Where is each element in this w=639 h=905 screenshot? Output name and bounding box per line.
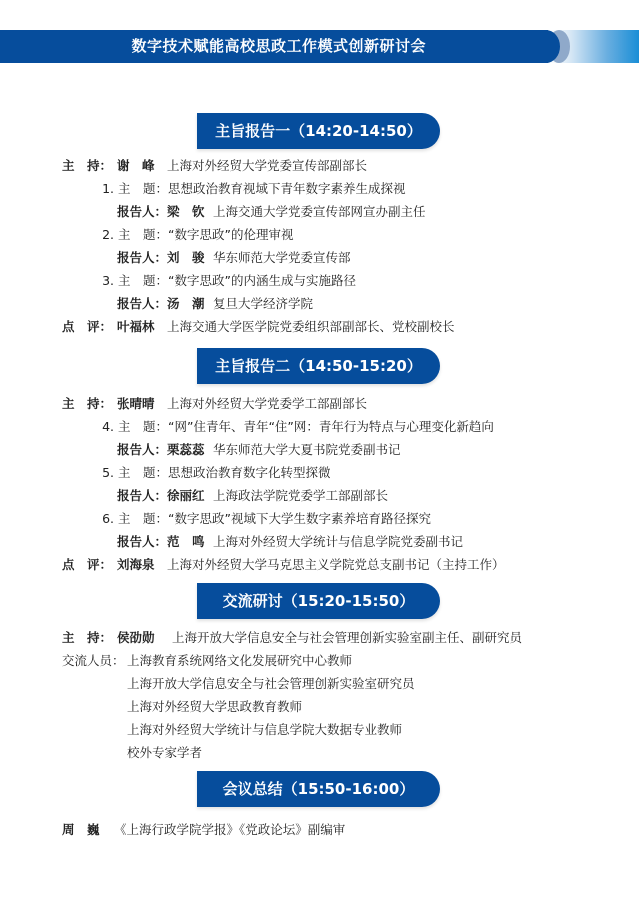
commentator-title: 上海对外经贸大学马克思主义学院党总支副书记（主持工作）: [167, 557, 505, 572]
speaker-name: 范 鸣: [167, 533, 213, 551]
host-label: 主 持：: [62, 629, 117, 647]
summary-speaker-name: 周 巍: [62, 821, 114, 839]
speaker-label: 报告人：: [117, 295, 167, 313]
speaker-label: 报告人：: [117, 441, 167, 459]
summary-speaker-title: 《上海行政学院学报》《党政论坛》副编审: [114, 822, 345, 837]
speaker-name: 梁 钦: [167, 203, 213, 221]
talk-topic: 思想政治教育数字化转型探微: [168, 465, 331, 480]
talk-speaker-row: 报告人：汤 潮复旦大学经济学院: [117, 295, 313, 313]
speaker-label: 报告人：: [117, 249, 167, 267]
talk-speaker-row: 报告人：范 鸣上海对外经贸大学统计与信息学院党委副书记: [117, 533, 463, 551]
summary-row: 周 巍《上海行政学院学报》《党政论坛》副编审: [62, 821, 345, 839]
commentator-label: 点 评：: [62, 318, 117, 336]
topic-label: 主 题：: [118, 226, 168, 244]
talk-topic-row: 2.主 题：“数字思政”的伦理审视: [100, 226, 293, 244]
speaker-affiliation: 复旦大学经济学院: [213, 296, 313, 311]
commentator-row: 点 评：刘海泉上海对外经贸大学马克思主义学院党总支副书记（主持工作）: [62, 556, 505, 574]
talk-number: 3.: [100, 272, 114, 290]
talk-number: 4.: [100, 418, 114, 436]
host-title: 上海开放大学信息安全与社会管理创新实验室副主任、副研究员: [172, 630, 522, 645]
participant-item: 上海开放大学信息安全与社会管理创新实验室研究员: [127, 675, 415, 693]
host-row: 主 持：侯劭勋上海开放大学信息安全与社会管理创新实验室副主任、副研究员: [62, 629, 522, 647]
section-banner-keynote-1: 主旨报告一（14:20-14:50）: [197, 113, 440, 149]
participant-item: 上海对外经贸大学统计与信息学院大数据专业教师: [127, 721, 402, 739]
talk-speaker-row: 报告人：刘 骏华东师范大学党委宣传部: [117, 249, 351, 267]
participant-item: 校外专家学者: [127, 744, 202, 762]
document-title-text: 数字技术赋能高校思政工作模式创新研讨会: [131, 30, 426, 63]
commentator-label: 点 评：: [62, 556, 117, 574]
participant-item: 上海教育系统网络文化发展研究中心教师: [127, 653, 352, 668]
talk-topic-row: 1.主 题：思想政治教育视域下青年数字素养生成探视: [100, 180, 406, 198]
speaker-affiliation: 华东师范大学大夏书院党委副书记: [213, 442, 401, 457]
participants-label: 交流人员：: [62, 652, 127, 670]
speaker-affiliation: 上海对外经贸大学统计与信息学院党委副书记: [213, 534, 463, 549]
talk-speaker-row: 报告人：栗蕊蕊华东师范大学大夏书院党委副书记: [117, 441, 401, 459]
host-row: 主 持：谢 峰上海对外经贸大学党委宣传部副部长: [62, 157, 367, 175]
speaker-name: 徐丽红: [167, 487, 213, 505]
host-label: 主 持：: [62, 395, 117, 413]
host-name: 谢 峰: [117, 157, 167, 175]
participant-item: 上海对外经贸大学思政教育教师: [127, 698, 302, 716]
talk-number: 5.: [100, 464, 114, 482]
talk-speaker-row: 报告人：梁 钦上海交通大学党委宣传部网宣办副主任: [117, 203, 426, 221]
commentator-name: 叶福林: [117, 318, 167, 336]
talk-topic-row: 4.主 题：“网”住青年、青年“住”网：青年行为特点与心理变化新趋向: [100, 418, 494, 436]
speaker-affiliation: 华东师范大学党委宣传部: [213, 250, 351, 265]
talk-number: 6.: [100, 510, 114, 528]
talk-topic: “网”住青年、青年“住”网：青年行为特点与心理变化新趋向: [168, 419, 494, 434]
host-row: 主 持：张晴晴上海对外经贸大学党委学工部副部长: [62, 395, 367, 413]
speaker-name: 刘 骏: [167, 249, 213, 267]
talk-topic-row: 3.主 题：“数字思政”的内涵生成与实施路径: [100, 272, 356, 290]
commentator-title: 上海交通大学医学院党委组织部副部长、党校副校长: [167, 319, 455, 334]
host-label: 主 持：: [62, 157, 117, 175]
section-banner-summary: 会议总结（15:50-16:00）: [197, 771, 440, 807]
page-header: 数字技术赋能高校思政工作模式创新研讨会: [0, 30, 639, 63]
talk-topic: 思想政治教育视域下青年数字素养生成探视: [168, 181, 406, 196]
talk-number: 2.: [100, 226, 114, 244]
commentator-row: 点 评：叶福林上海交通大学医学院党委组织部副部长、党校副校长: [62, 318, 455, 336]
talk-topic-row: 6.主 题：“数字思政”视域下大学生数字素养培育路径探究: [100, 510, 431, 528]
talk-speaker-row: 报告人：徐丽红上海政法学院党委学工部副部长: [117, 487, 388, 505]
participants-row: 交流人员：上海教育系统网络文化发展研究中心教师: [62, 652, 352, 670]
speaker-affiliation: 上海政法学院党委学工部副部长: [213, 488, 388, 503]
document-title: 数字技术赋能高校思政工作模式创新研讨会: [0, 30, 548, 63]
speaker-label: 报告人：: [117, 203, 167, 221]
host-title: 上海对外经贸大学党委宣传部副部长: [167, 158, 367, 173]
topic-label: 主 题：: [118, 510, 168, 528]
host-title: 上海对外经贸大学党委学工部副部长: [167, 396, 367, 411]
speaker-name: 汤 潮: [167, 295, 213, 313]
talk-topic: “数字思政”的内涵生成与实施路径: [168, 273, 356, 288]
speaker-label: 报告人：: [117, 533, 167, 551]
host-name: 张晴晴: [117, 395, 167, 413]
section-banner-discussion: 交流研讨（15:20-15:50）: [197, 583, 440, 619]
speaker-label: 报告人：: [117, 487, 167, 505]
talk-number: 1.: [100, 180, 114, 198]
topic-label: 主 题：: [118, 272, 168, 290]
host-name: 侯劭勋: [117, 629, 172, 647]
topic-label: 主 题：: [118, 418, 168, 436]
talk-topic-row: 5.主 题：思想政治教育数字化转型探微: [100, 464, 331, 482]
topic-label: 主 题：: [118, 464, 168, 482]
talk-topic: “数字思政”视域下大学生数字素养培育路径探究: [168, 511, 431, 526]
talk-topic: “数字思政”的伦理审视: [168, 227, 293, 242]
commentator-name: 刘海泉: [117, 556, 167, 574]
topic-label: 主 题：: [118, 180, 168, 198]
speaker-name: 栗蕊蕊: [167, 441, 213, 459]
section-banner-keynote-2: 主旨报告二（14:50-15:20）: [197, 348, 440, 384]
speaker-affiliation: 上海交通大学党委宣传部网宣办副主任: [213, 204, 426, 219]
